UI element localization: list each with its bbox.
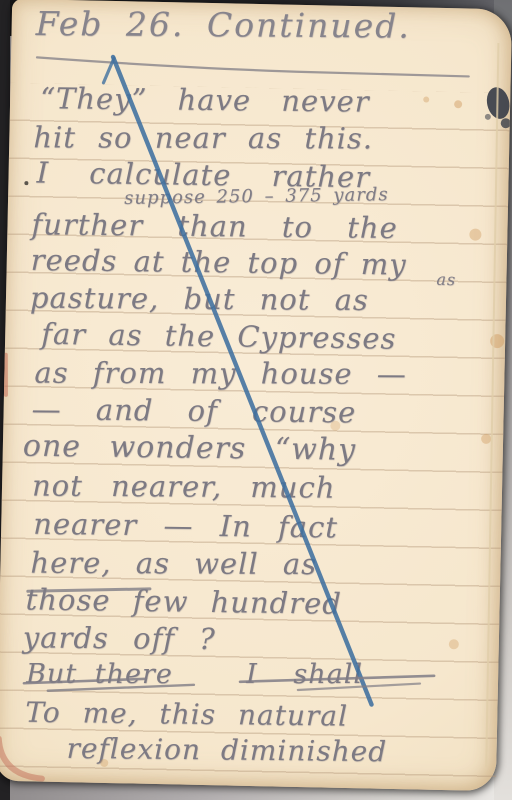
handwritten-line: reflexion diminished: [66, 732, 387, 768]
handwritten-line: here, as well as: [30, 546, 317, 582]
handwritten-line: as from my house —: [34, 356, 406, 391]
handwritten-line: those few hundred: [25, 582, 342, 620]
handwritten-line: pasture, but not as: [30, 281, 369, 317]
handwritten-line: far as the Cypresses: [41, 317, 397, 356]
handwritten-line-struck: I shall: [246, 659, 363, 690]
superscript-insertion: as: [436, 270, 456, 289]
blue-strike-hook: [104, 58, 115, 83]
handwritten-line: yards off ?: [23, 620, 216, 656]
scanned-notebook-photo: Feb 26. Continued. “They” have never hit…: [0, 0, 512, 800]
handwritten-line: nearer — In fact: [33, 507, 338, 545]
notebook-page: Feb 26. Continued. “They” have never hit…: [0, 0, 512, 791]
handwritten-line: further than to the: [31, 207, 398, 245]
handwritten-line: one wonders “why: [23, 429, 357, 468]
handwritten-line: — and of course: [31, 392, 356, 429]
handwritten-line: To me, this natural: [25, 696, 348, 733]
handwritten-line: reeds at the top of my: [31, 243, 407, 282]
handwritten-line: hit so near as this.: [33, 120, 373, 155]
handwritten-line: “They” have never: [40, 81, 370, 118]
interline-insertion: suppose 250 – 375 yards: [124, 184, 389, 209]
handwritten-line: not nearer, much: [32, 468, 336, 504]
page-heading: Feb 26. Continued.: [36, 4, 411, 46]
handwritten-line-struck: But there: [26, 659, 173, 691]
heading-underline-stroke: [37, 57, 469, 76]
